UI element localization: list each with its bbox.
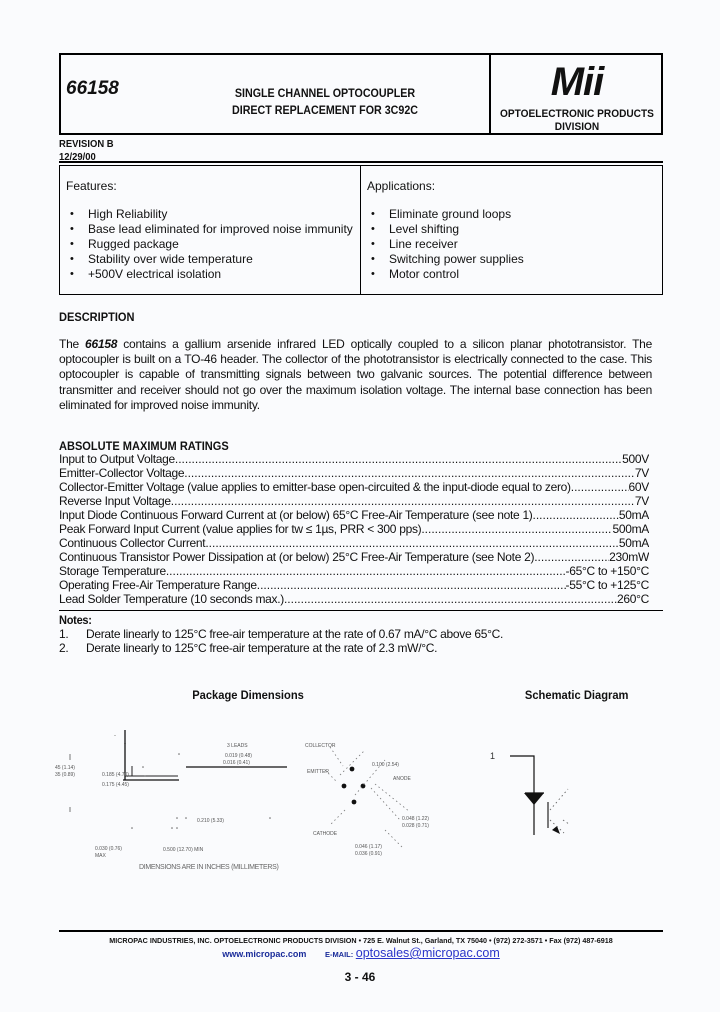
rating-label: Reverse Input Voltage (59, 494, 171, 508)
rating-value: 500mA (612, 522, 649, 536)
svg-text:0.016 (0.41): 0.016 (0.41) (223, 760, 250, 766)
rating-label: Input Diode Continuous Forward Current a… (59, 508, 533, 522)
rating-row: Input Diode Continuous Forward Current a… (59, 508, 649, 522)
rating-label: Collector-Emitter Voltage (value applies… (59, 480, 571, 494)
dimensions-units-note: DIMENSIONS ARE IN INCHES (MILLIMETERS) (139, 864, 279, 871)
list-item: Line receiver (367, 237, 524, 252)
leader-dots (571, 480, 629, 494)
svg-text:0.019 (0.48): 0.019 (0.48) (225, 753, 252, 759)
svg-text:ANODE: ANODE (393, 776, 411, 782)
division-line-1: OPTOELECTRONIC PRODUCTS (498, 108, 656, 121)
leader-dots (184, 466, 635, 480)
rating-label: Operating Free-Air Temperature Range (59, 578, 257, 592)
leader-dots (534, 550, 609, 564)
pin-1-label: 1 (490, 751, 495, 761)
list-item: Stability over wide temperature (66, 252, 353, 267)
leader-dots (533, 508, 619, 522)
page-number: 3 - 46 (300, 970, 420, 984)
rating-value: 260°C (617, 592, 649, 606)
features-heading: Features: (66, 179, 353, 193)
company-logo: Mii (491, 60, 663, 104)
revision: REVISION B (59, 138, 114, 151)
rating-row: Continuous Transistor Power Dissipation … (59, 550, 649, 564)
svg-text:0.035 (0.89): 0.035 (0.89) (55, 772, 75, 778)
note-text: Derate linearly to 125°C free-air temper… (86, 627, 503, 641)
rating-row: Continuous Collector Current50mA (59, 536, 649, 550)
svg-text:COLLECTOR: COLLECTOR (305, 743, 336, 749)
footer-contact: www.micropac.com E-MAIL: optosales@micro… (59, 946, 663, 960)
division-line-2: DIVISION (498, 121, 656, 134)
svg-text:0.046 (1.17): 0.046 (1.17) (355, 844, 382, 850)
schematic-drawing: 1 (490, 745, 630, 835)
rating-value: -55°C to +125°C (566, 578, 649, 592)
description-heading: DESCRIPTION (59, 310, 134, 324)
rating-row: Emitter-Collector Voltage7V (59, 466, 649, 480)
list-item: +500V electrical isolation (66, 267, 353, 282)
rating-value: 60V (629, 480, 649, 494)
svg-text:0.100 (2.54): 0.100 (2.54) (372, 762, 399, 768)
ratings-rule (59, 610, 663, 611)
rating-row: Lead Solder Temperature (10 seconds max.… (59, 592, 649, 606)
notes-list: 1.Derate linearly to 125°C free-air temp… (59, 627, 659, 655)
leader-dots (166, 564, 566, 578)
features-section: Features: High ReliabilityBase lead elim… (66, 179, 353, 282)
leader-dots (171, 494, 635, 508)
rating-value: 7V (635, 466, 649, 480)
rating-label: Peak Forward Input Current (value applie… (59, 522, 421, 536)
rating-value: -65°C to +150°C (566, 564, 649, 578)
document-title: SINGLE CHANNEL OPTOCOUPLER DIRECT REPLAC… (186, 86, 465, 120)
features-list: High ReliabilityBase lead eliminated for… (66, 207, 353, 282)
list-item: Base lead eliminated for improved noise … (66, 222, 353, 237)
rating-value: 50mA (619, 536, 649, 550)
list-item: Motor control (367, 267, 524, 282)
footer-company-info: MICROPAC INDUSTRIES, INC. OPTOELECTRONIC… (59, 936, 663, 945)
note-item: 1.Derate linearly to 125°C free-air temp… (59, 627, 659, 641)
rating-value: 7V (635, 494, 649, 508)
svg-text:3 LEADS: 3 LEADS (227, 743, 248, 749)
part-number: 66158 (66, 78, 119, 100)
rating-label: Storage Temperature (59, 564, 166, 578)
leader-dots (175, 452, 622, 466)
svg-text:MAX: MAX (95, 853, 107, 859)
rating-row: Collector-Emitter Voltage (value applies… (59, 480, 649, 494)
rating-row: Storage Temperature-65°C to +150°C (59, 564, 649, 578)
svg-text:0.185 (4.70): 0.185 (4.70) (102, 772, 129, 778)
rating-label: Continuous Collector Current (59, 536, 205, 550)
email-label: E-MAIL: (325, 950, 353, 959)
applications-heading: Applications: (367, 179, 524, 193)
svg-text:0.210 (5.33): 0.210 (5.33) (197, 818, 224, 824)
rating-label: Continuous Transistor Power Dissipation … (59, 550, 534, 564)
notes-section: Notes: 1.Derate linearly to 125°C free-a… (59, 613, 659, 655)
rating-label: Emitter-Collector Voltage (59, 466, 184, 480)
notes-heading: Notes: (59, 613, 611, 627)
svg-text:0.500 (12.70) MIN: 0.500 (12.70) MIN (163, 847, 204, 853)
ratings-table: Input to Output Voltage500VEmitter-Colle… (59, 452, 649, 606)
rating-value: 230mW (609, 550, 649, 564)
svg-text:0.028 (0.71): 0.028 (0.71) (402, 823, 429, 829)
email-link[interactable]: optosales@micropac.com (356, 946, 500, 960)
features-applications-divider (360, 165, 361, 295)
rating-value: 500V (622, 452, 649, 466)
svg-text:CATHODE: CATHODE (313, 831, 338, 837)
division-name: OPTOELECTRONIC PRODUCTS DIVISION (498, 108, 656, 134)
package-dimensions-drawing: COLLECTOR EMITTER ANODE CATHODE 3 LEADS … (55, 730, 475, 900)
website-link[interactable]: www.micropac.com (222, 949, 306, 959)
rating-row: Input to Output Voltage500V (59, 452, 649, 466)
rating-value: 50mA (619, 508, 649, 522)
list-item: Level shifting (367, 222, 524, 237)
package-dimensions-title: Package Dimensions (192, 688, 304, 702)
schematic-diagram-title: Schematic Diagram (525, 688, 629, 702)
note-text: Derate linearly to 125°C free-air temper… (86, 641, 437, 655)
svg-text:0.045 (1.14): 0.045 (1.14) (55, 765, 75, 771)
applications-section: Applications: Eliminate ground loopsLeve… (367, 179, 524, 282)
footer-rule (59, 930, 663, 932)
list-item: Switching power supplies (367, 252, 524, 267)
header-rule (59, 161, 663, 163)
list-item: Eliminate ground loops (367, 207, 524, 222)
description-part-number: 66158 (85, 337, 117, 351)
list-item: Rugged package (66, 237, 353, 252)
note-number: 2. (59, 641, 86, 655)
rating-row: Peak Forward Input Current (value applie… (59, 522, 649, 536)
ratings-heading: ABSOLUTE MAXIMUM RATINGS (59, 439, 229, 453)
title-line-1: SINGLE CHANNEL OPTOCOUPLER (186, 86, 465, 103)
rating-row: Reverse Input Voltage 7V (59, 494, 649, 508)
description-text: The 66158 contains a gallium arsenide in… (59, 337, 652, 413)
svg-text:EMITTER: EMITTER (307, 769, 329, 775)
svg-text:0.030 (0.76): 0.030 (0.76) (95, 846, 122, 852)
svg-text:0.036 (0.91): 0.036 (0.91) (355, 851, 382, 857)
rating-row: Operating Free-Air Temperature Range-55°… (59, 578, 649, 592)
list-item: High Reliability (66, 207, 353, 222)
rating-label: Input to Output Voltage (59, 452, 175, 466)
applications-list: Eliminate ground loopsLevel shiftingLine… (367, 207, 524, 282)
svg-text:0.048 (1.22): 0.048 (1.22) (402, 816, 429, 822)
leader-dots (284, 592, 617, 606)
leader-dots (205, 536, 619, 550)
note-number: 1. (59, 627, 86, 641)
rating-label: Lead Solder Temperature (10 seconds max.… (59, 592, 284, 606)
leader-dots (421, 522, 612, 536)
note-item: 2.Derate linearly to 125°C free-air temp… (59, 641, 659, 655)
title-line-2: DIRECT REPLACEMENT FOR 3C92C (186, 103, 465, 120)
svg-text:0.175 (4.45): 0.175 (4.45) (102, 782, 129, 788)
leader-dots (257, 578, 566, 592)
